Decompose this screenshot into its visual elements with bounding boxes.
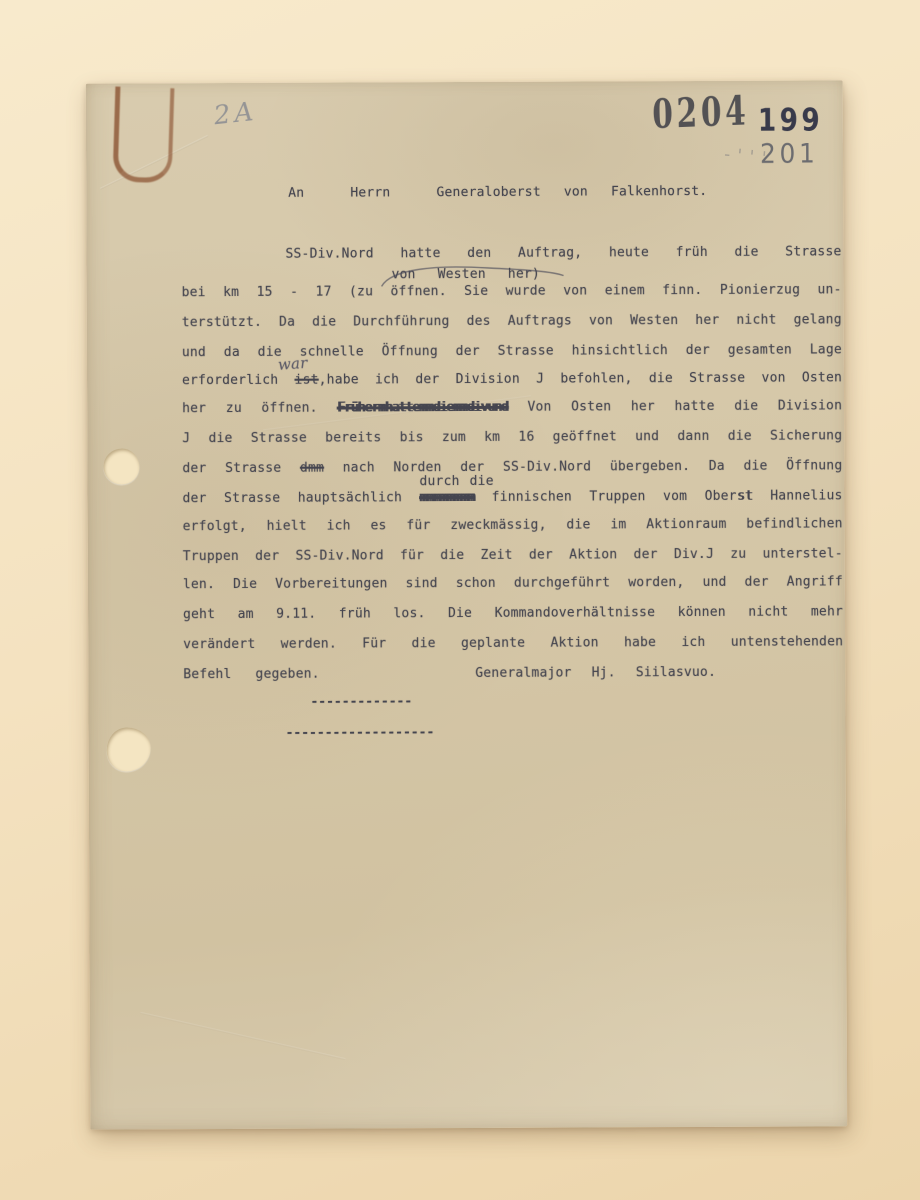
- typed-text: Von Osten her hatte die Division: [508, 398, 842, 414]
- typed-line: verändert werden. Für die geplante Aktio…: [183, 634, 843, 652]
- typed-text: nach Norden der SS-Div.Nord übergeben. D…: [324, 458, 842, 475]
- page-number-stamp-top: 199: [758, 102, 823, 138]
- typed-overtype-text: st: [737, 489, 753, 504]
- typed-strike-heavy-text: mmmmmmmm: [420, 490, 475, 505]
- letter-addressee: An Herrn Generaloberst von Falkenhorst.: [288, 184, 707, 201]
- interlinear-insert: durch die: [419, 474, 493, 489]
- typed-line: der Strasse hauptsächlich mmmmmmmm finni…: [183, 488, 843, 506]
- typed-line: SS-Div.Nord hatte den Auftrag, heute frü…: [181, 244, 841, 262]
- typed-line: der Strasse dmm nach Norden der SS-Div.N…: [182, 458, 842, 476]
- typed-text: SS-Div.Nord hatte den Auftrag, heute frü…: [285, 244, 841, 261]
- typed-line: erforderlich ist,habe ich der Division J…: [182, 370, 842, 388]
- typed-separator: -------------: [310, 694, 412, 709]
- letter-body: SS-Div.Nord hatte den Auftrag, heute frü…: [181, 80, 841, 83]
- typed-text: der Strasse hauptsächlich: [183, 490, 420, 506]
- typed-strike-text: dmm: [300, 461, 324, 476]
- handwritten-insert: war: [277, 356, 308, 373]
- signature-line: Generalmajor Hj. Siilasvuo.: [475, 665, 716, 681]
- faint-stamp-mark: -''': [721, 144, 772, 169]
- typed-line: J die Strasse bereits bis zum km 16 geöf…: [182, 428, 842, 446]
- typed-strike-text: ist: [295, 373, 319, 388]
- typed-text: erfolgt, hielt ich es für zweckmässig, d…: [183, 516, 843, 534]
- pencil-annotation: 2A: [212, 97, 258, 132]
- typed-text: erforderlich: [182, 373, 295, 388]
- typed-text: ,habe ich der Division J befohlen, die S…: [319, 370, 842, 387]
- typed-text: Truppen der SS-Div.Nord für die Zeit der…: [183, 546, 843, 564]
- typed-text: bei km 15 - 17 (zu öffnen. Sie wurde von…: [182, 282, 842, 300]
- typed-line: erfolgt, hielt ich es für zweckmässig, d…: [183, 516, 843, 534]
- typed-line: her zu öffnen. Frühermhattemmdiemmdivund…: [182, 398, 842, 416]
- punch-hole-top: [103, 448, 139, 484]
- typed-line: geht am 9.11. früh los. Die Kommandoverh…: [183, 604, 843, 622]
- interlinear-insert: von Westen her): [392, 267, 540, 283]
- punch-hole-bottom: [107, 727, 151, 771]
- typed-text: finnischen Truppen vom Ober: [474, 489, 737, 505]
- typed-strike-heavy-text: Frühermhattemmdiemmdivund: [337, 400, 508, 416]
- control-number-stamp: 0204: [652, 87, 750, 138]
- typed-separator: -------------------: [286, 725, 435, 741]
- typed-line: Befehl gegeben.Generalmajor Hj. Siilasvu…: [183, 664, 843, 682]
- typed-line: Truppen der SS-Div.Nord für die Zeit der…: [183, 546, 843, 564]
- paper-crease: [140, 1012, 345, 1060]
- typed-text: her zu öffnen.: [182, 401, 337, 417]
- typed-text: verändert werden. Für die geplante Aktio…: [183, 634, 843, 652]
- typed-line: bei km 15 - 17 (zu öffnen. Sie wurde von…: [182, 282, 842, 300]
- typed-text: Befehl gegeben.: [183, 667, 319, 683]
- typed-text: J die Strasse bereits bis zum km 16 geöf…: [182, 428, 842, 446]
- typed-line: len. Die Vorbereitungen sind schon durch…: [183, 574, 843, 592]
- typed-text: geht am 9.11. früh los. Die Kommandoverh…: [183, 604, 843, 622]
- paperclip-rust-stain: [113, 87, 175, 184]
- typed-text: len. Die Vorbereitungen sind schon durch…: [183, 574, 843, 592]
- photo-backdrop: { "colors":{"backing":"#f4e2c0","paper":…: [0, 0, 920, 1200]
- typed-text: Hannelius: [753, 488, 843, 503]
- typed-text: der Strasse: [182, 461, 300, 477]
- document-paper: 2A 0204 199 201 -''' An Herrn Generalobe…: [86, 80, 848, 1129]
- typed-line: terstützt. Da die Durchführung des Auftr…: [182, 312, 842, 330]
- typed-text: terstützt. Da die Durchführung des Auftr…: [182, 312, 842, 330]
